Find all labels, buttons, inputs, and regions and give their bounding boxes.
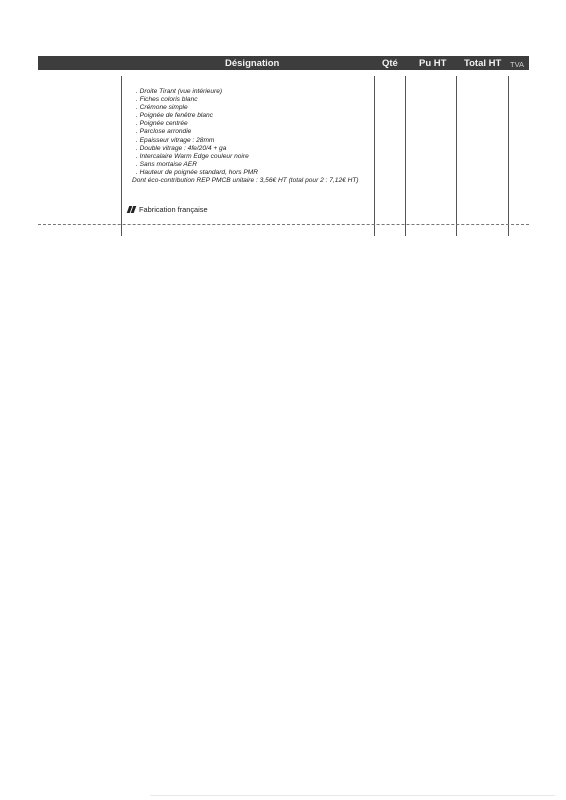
eco-contribution-note: Dont éco-contribution REP PMCB unitaire … <box>130 177 377 185</box>
header-unit-price: Pu HT <box>419 57 446 70</box>
spec-item: . Epaisseur vitrage : 28mm <box>130 137 380 145</box>
page-edge <box>150 795 555 796</box>
spec-item: . Droite Tirant (vue intérieure) <box>130 88 380 96</box>
header-designation: Désignation <box>225 57 325 70</box>
spec-item: . Double vitrage : 4fe/20/4 + ga <box>130 145 380 153</box>
header-vat: TVA <box>510 58 524 71</box>
spec-item: . Intercalaire Warm Edge couleur noire <box>130 153 380 161</box>
spec-item: . Poignée de fenêtre blanc <box>130 112 380 120</box>
made-in-france-text: Fabrication française <box>139 205 208 214</box>
table-header: Désignation Qté Pu HT Total HT TVA <box>38 56 529 70</box>
column-divider <box>456 76 457 236</box>
spec-item: . Sans mortaise AER <box>130 161 380 169</box>
header-quantity: Qté <box>382 57 398 70</box>
column-divider <box>508 76 509 236</box>
designation-cell: . Droite Tirant (vue intérieure) . Fiche… <box>130 88 380 185</box>
spec-item: . Crémone simple <box>130 104 380 112</box>
french-flag-icon <box>128 206 135 213</box>
made-in-france-label: Fabrication française <box>128 205 208 214</box>
column-divider <box>405 76 406 236</box>
spec-item: . Poignée centrée <box>130 120 380 128</box>
spec-item: . Fiches coloris blanc <box>130 96 380 104</box>
column-divider <box>121 76 122 236</box>
spec-item: . Hauteur de poignée standard, hors PMR <box>130 169 380 177</box>
row-separator <box>38 224 529 225</box>
spec-item: . Parclose arrondie <box>130 128 380 136</box>
header-total: Total HT <box>464 57 501 70</box>
